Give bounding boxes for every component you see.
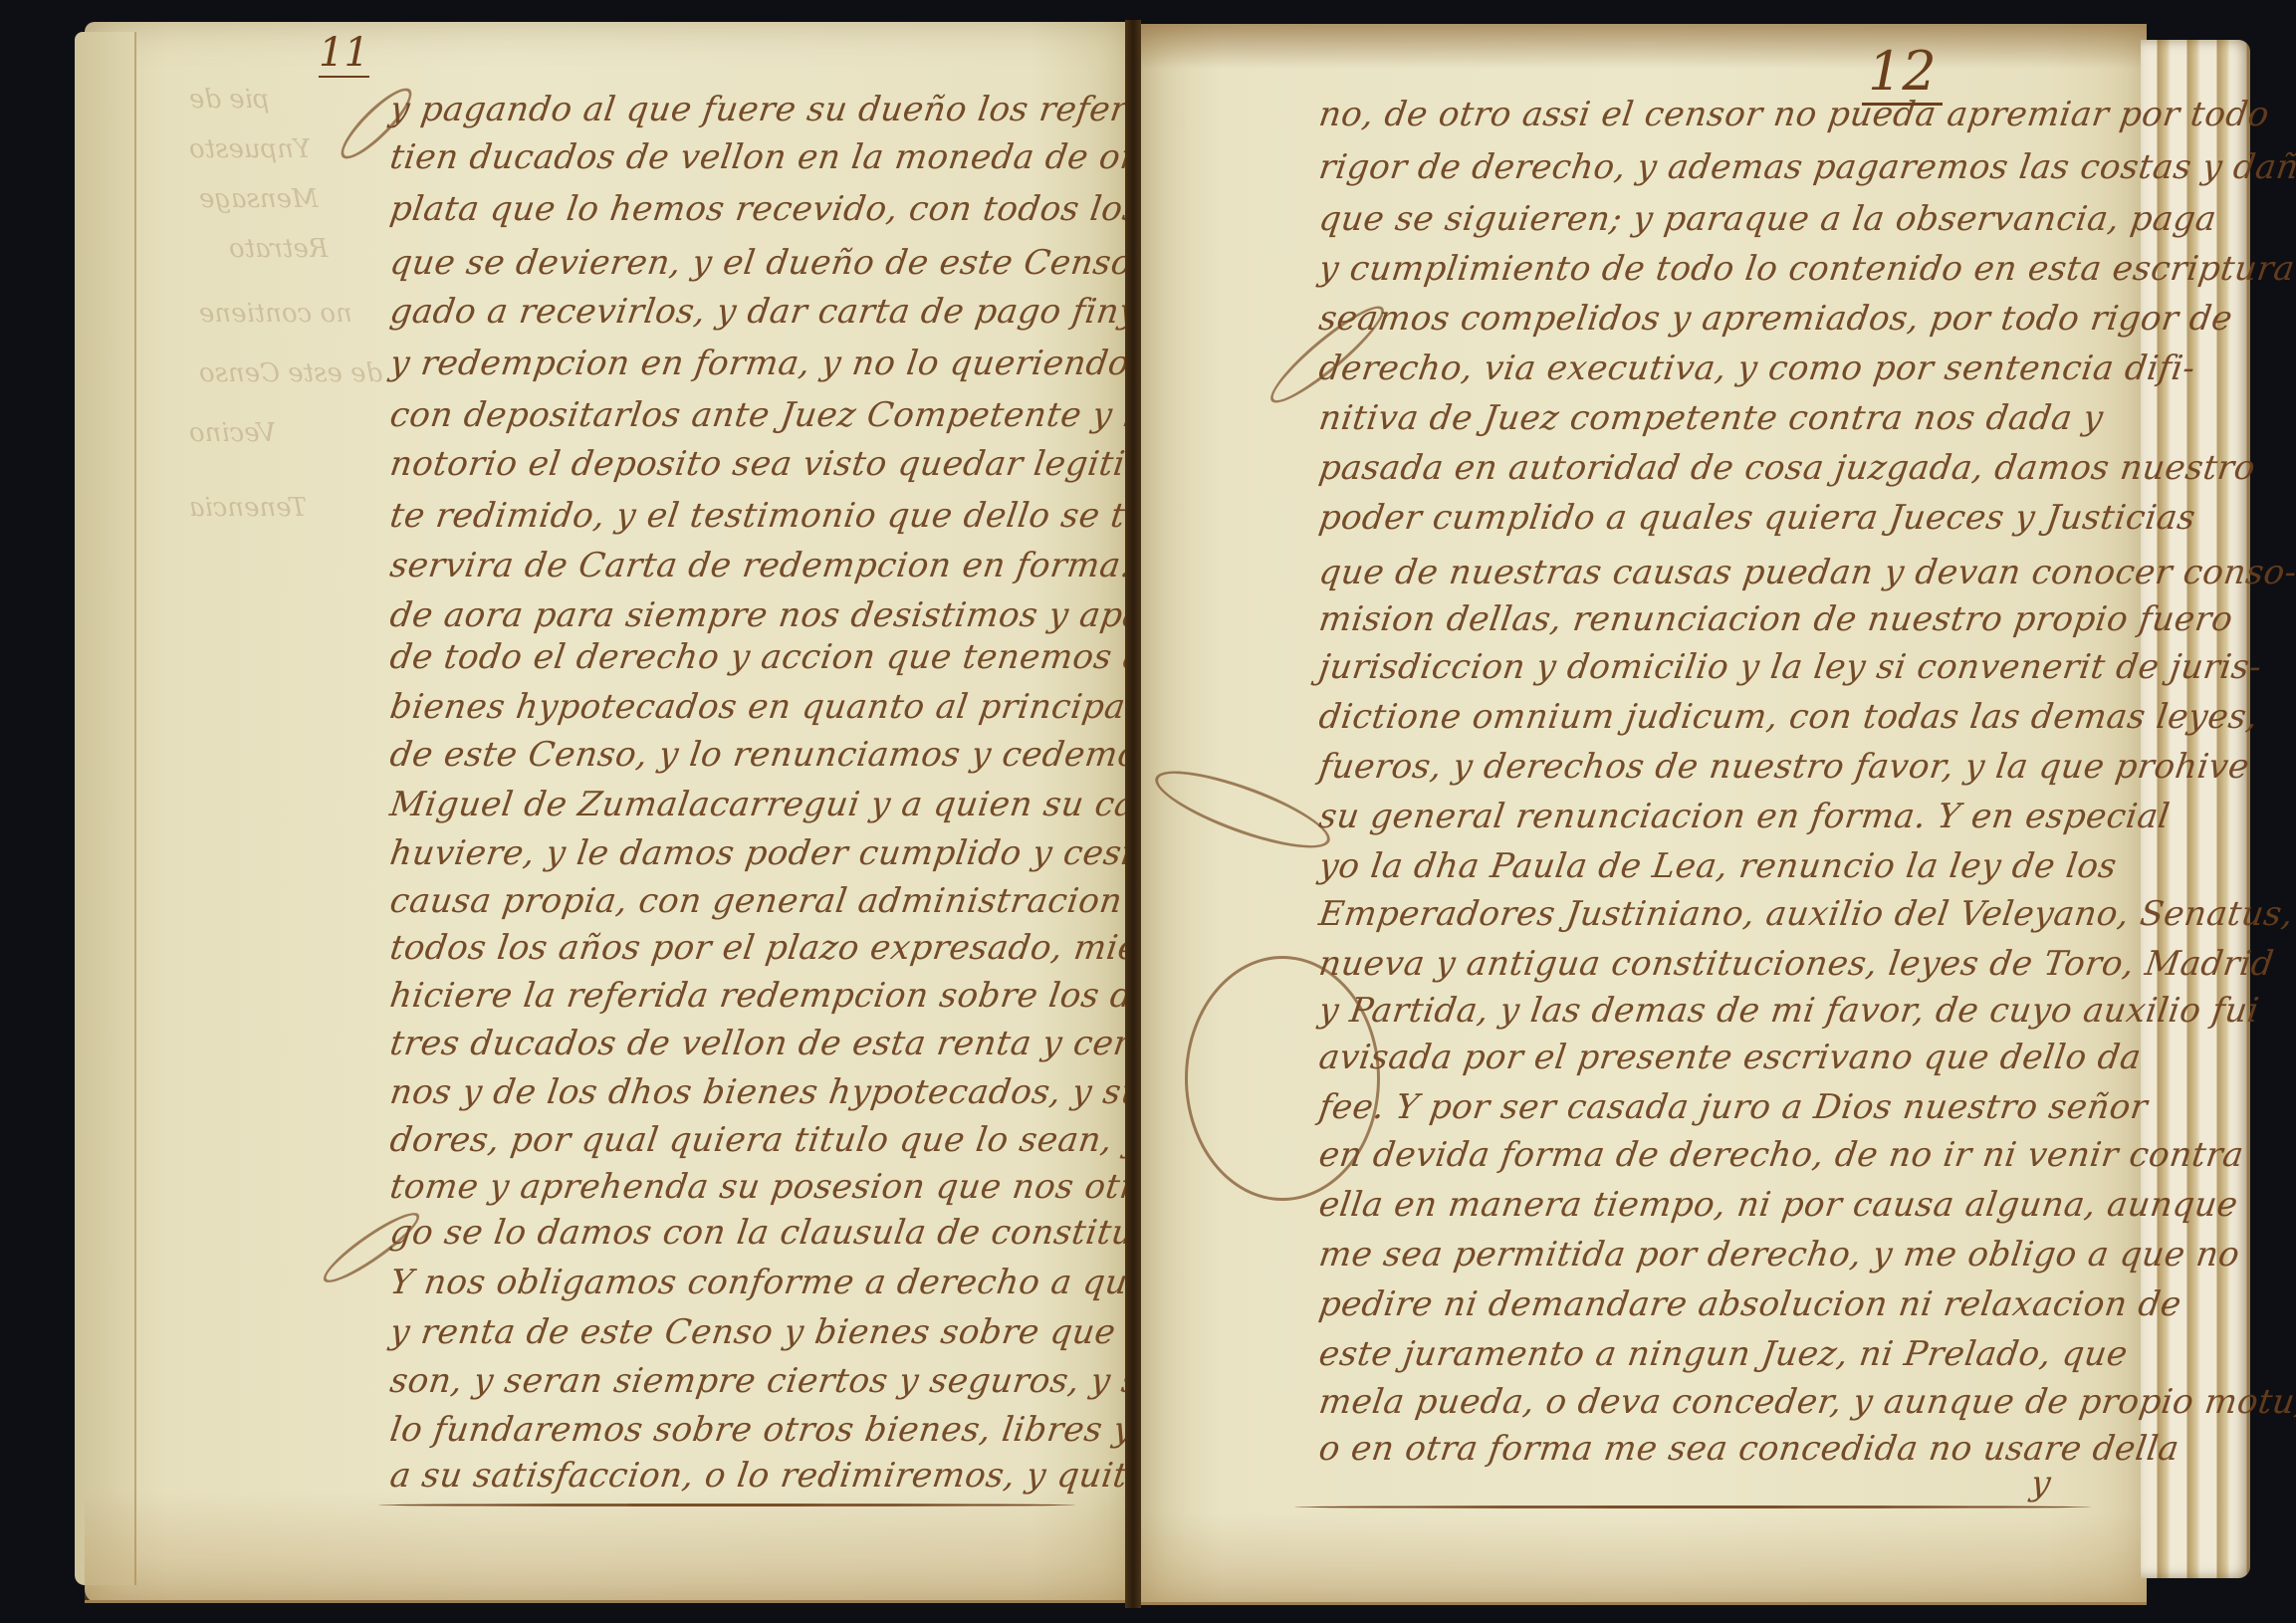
manuscript-line: derecho, via executiva, y como por sente…	[1316, 348, 2197, 388]
right-page-water-stain	[1141, 1512, 2147, 1605]
bleed-text: no contiene	[199, 299, 352, 329]
manuscript-line: no, de otro assi el censor no pueda apre…	[1316, 95, 2271, 134]
manuscript-line: mision dellas, renunciacion de nuestro p…	[1316, 599, 2235, 639]
manuscript-line: hiciere la referida redempcion sobre los…	[387, 976, 1197, 1016]
bleed-text: de este Censo	[199, 358, 382, 388]
manuscript-line: te redimido, y el testimonio que dello s…	[387, 496, 1251, 536]
bleed-text: Retrato	[229, 234, 328, 264]
bleed-text: Tenencia	[189, 493, 307, 523]
manuscript-line: poder cumplido a quales quiera Jueces y …	[1316, 498, 2198, 538]
manuscript-line: pedire ni demandare absolucion ni relaxa…	[1316, 1284, 2183, 1324]
manuscript-line: pasada en autoridad de cosa juzgada, dam…	[1316, 448, 2258, 488]
manuscript-line: me sea permitida por derecho, y me oblig…	[1316, 1235, 2242, 1275]
manuscript-line: mela pueda, o deva conceder, y aunque de…	[1316, 1382, 2296, 1422]
manuscript-line: y pagando al que fuere su dueño los refe…	[387, 90, 1202, 129]
manuscript-line: rigor de derecho, y ademas pagaremos las…	[1316, 147, 2296, 187]
manuscript-line: seamos compelidos y apremiados, por todo…	[1316, 299, 2235, 339]
closing-line	[378, 1504, 1075, 1507]
manuscript-line: que de nuestras causas puedan y devan co…	[1316, 553, 2296, 592]
manuscript-line: gado a recevirlos, y dar carta de pago f…	[387, 292, 1232, 332]
left-page-underlying-edge	[75, 32, 136, 1585]
manuscript-line: este juramento a ningun Juez, ni Prelado…	[1316, 1334, 2130, 1374]
bleed-text: pie de	[189, 85, 270, 115]
manuscript-line: nueva y antigua constituciones, leyes de…	[1316, 944, 2276, 984]
manuscript-line: ella en manera tiempo, ni por causa algu…	[1316, 1185, 2240, 1225]
left-folio-number: 11	[319, 30, 369, 78]
manuscript-line: y Partida, y las demas de mi favor, de c…	[1316, 991, 2261, 1031]
bleed-text: Vecino	[189, 418, 276, 448]
bleed-text: Ynpuesto	[189, 134, 311, 164]
margin-flourish	[1185, 956, 1380, 1201]
bleed-text: Mensage	[199, 184, 319, 214]
manuscript-line: o en otra forma me sea concedida no usar…	[1316, 1429, 2181, 1469]
manuscript-line: huviere, y le damos poder cumplido y ces…	[387, 833, 1233, 873]
closing-line	[1294, 1506, 2091, 1508]
manuscript-line: tien ducados de vellon en la moneda de o…	[387, 137, 1192, 177]
manuscript-line: y redempcion en forma, y no lo queriendo…	[387, 344, 1243, 383]
left-page-water-stain	[85, 1491, 1135, 1603]
manuscript-line: Miguel de Zumalacarregui y a quien su ca…	[387, 785, 1199, 824]
right-page-top-stain	[1141, 24, 2147, 69]
manuscript-line: fueros, y derechos de nuestro favor, y l…	[1316, 747, 2252, 787]
manuscript-line: que se siguieren; y paraque a la observa…	[1316, 199, 2219, 239]
manuscript-line: servira de Carta de redempcion en forma.…	[387, 546, 1253, 585]
manuscript-line: nitiva de Juez competente contra nos dad…	[1316, 398, 2106, 438]
manuscript-line: Emperadores Justiniano, auxilio del Vele…	[1316, 894, 2296, 934]
manuscript-line: yo la dha Paula de Lea, renuncio la ley …	[1316, 846, 2119, 886]
manuscript-line: dictione omnium judicum, con todas las d…	[1316, 697, 2260, 737]
manuscript-spread: 11 pie de Ynpuesto Mensage Retrato no co…	[0, 0, 2296, 1623]
book-gutter	[1125, 20, 1141, 1608]
manuscript-line: jurisdiccion y domicilio y la ley si con…	[1316, 647, 2264, 687]
manuscript-line: fee. Y por ser casada juro a Dios nuestr…	[1316, 1087, 2150, 1127]
manuscript-line: y cumplimiento de todo lo contenido en e…	[1316, 249, 2296, 289]
manuscript-line: su general renunciacion en forma. Y en e…	[1316, 797, 2173, 836]
manuscript-line: avisada por el presente escrivano que de…	[1316, 1038, 2144, 1077]
manuscript-line: en devida forma de derecho, de no ir ni …	[1316, 1135, 2246, 1175]
